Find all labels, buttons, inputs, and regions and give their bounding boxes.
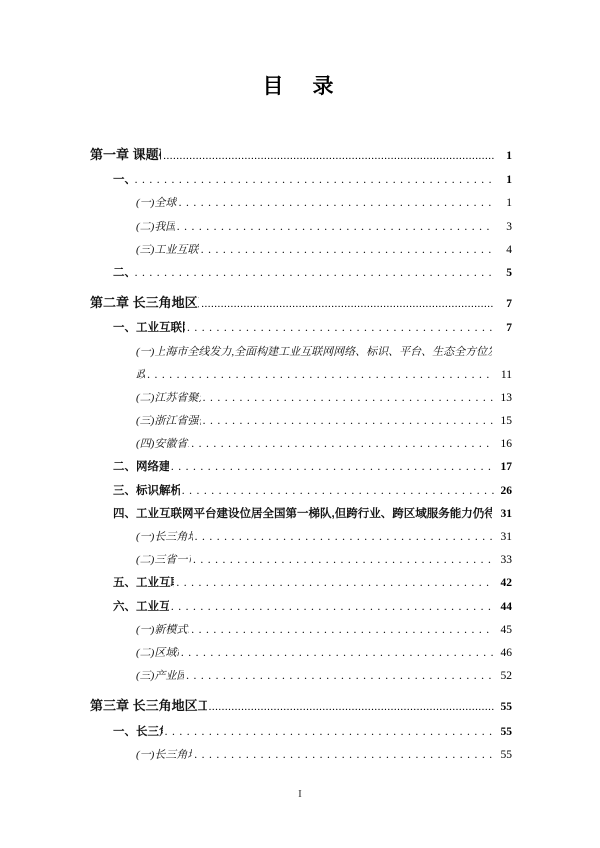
toc-entry-page: 45 <box>497 619 512 642</box>
toc-leader-dots <box>203 410 494 433</box>
toc-entry-page: 7 <box>497 293 512 316</box>
toc-leader-dots <box>191 433 494 456</box>
toc-entry-text: 政策体系 <box>136 364 145 387</box>
toc-leader-dots <box>163 143 494 168</box>
toc-entry-page: 7 <box>497 317 512 340</box>
toc-entry: 一、课题研究背景 1 <box>90 169 512 192</box>
toc-list: 第一章 课题研究背景及思路 1 一、课题研究背景 1 (一)全球工业互联网正处在… <box>90 143 512 767</box>
toc-entry: (四)安徽省工业互联网发展政策和举措相对少,有待进一步强化 16 <box>90 433 512 456</box>
toc-entry-page: 44 <box>497 596 512 619</box>
toc-entry: 一、长三角地区工业互联网一体化发展条件及需求 55 <box>90 721 512 744</box>
footer-page-number: I <box>0 788 600 800</box>
toc-entry: (二)我国已从战略高度布局工业互联网发展 3 <box>90 216 512 239</box>
toc-entry-text: (二)江苏省聚焦平台打造,以企业上云和试点示范推进工业互联网平台蓬勃发展 <box>136 387 201 410</box>
toc-entry-page: 55 <box>497 696 512 719</box>
toc-entry-text: (三)产业园区起步建设,产业化运行模式有待进一步完善 <box>136 665 184 688</box>
toc-entry-text: (三)浙江省强化数据引领,率先打造具有地方特色的“1+N”工业互联网平台体系 <box>136 410 201 433</box>
toc-leader-dots <box>135 169 494 192</box>
toc-entry-page: 16 <box>497 433 512 456</box>
toc-entry-text: (一)上海市全线发力,全面构建工业互联网网络、标识、平台、生态全方位发展 <box>136 341 492 364</box>
toc-entry-text: 第一章 课题研究背景及思路 <box>90 143 161 166</box>
toc-entry: 第一章 课题研究背景及思路 1 <box>90 143 512 166</box>
toc-leader-dots <box>191 619 494 642</box>
toc-entry-page: 33 <box>497 549 512 572</box>
toc-entry: 政策体系 11 <box>90 364 512 387</box>
toc-entry-text: (一)全球工业互联网正处在规模化扩张窗口期 <box>136 192 177 215</box>
toc-entry-page: 31 <box>497 526 512 549</box>
toc-leader-dots <box>193 549 494 572</box>
toc-entry: (三)工业互联网一体化是推动长三角地区产业升级和高质量发展的重要引擎 4 <box>90 239 512 262</box>
toc-leader-dots <box>203 387 494 410</box>
toc-entry: (一)全球工业互联网正处在规模化扩张窗口期 1 <box>90 192 512 215</box>
toc-entry-page: 4 <box>497 239 512 262</box>
toc-leader-dots <box>195 526 494 549</box>
toc-entry-text: (四)安徽省工业互联网发展政策和举措相对少,有待进一步强化 <box>136 433 189 456</box>
toc-entry-text: (二)区域制造业双创发展迅速,平台数量全国居首 <box>136 642 179 665</box>
toc-entry-text: 三、标识解析节点建设取得突破,基于标识解析体系的产业生态有待构建 <box>113 480 180 503</box>
toc-entry-text: 第二章 长三角地区三省一市工业互联网发展现状 <box>90 291 199 314</box>
toc-entry-page: 1 <box>497 192 512 215</box>
toc-entry-page: 11 <box>497 364 512 387</box>
toc-entry-page: 31 <box>497 503 512 526</box>
toc-leader-dots <box>181 642 494 665</box>
toc-leader-dots <box>201 291 494 316</box>
toc-entry-text: 一、课题研究背景 <box>113 169 133 192</box>
toc-entry: (一)长三角地区工业互联网平台建设如火如荼,数量和占比实现双高 31 <box>90 526 512 549</box>
toc-entry: (二)区域制造业双创发展迅速,平台数量全国居首 46 <box>90 642 512 665</box>
toc-leader-dots <box>194 744 494 767</box>
toc-entry: 第二章 长三角地区三省一市工业互联网发展现状 7 <box>90 291 512 314</box>
toc-leader-dots <box>182 480 494 503</box>
toc-entry-page: 46 <box>497 642 512 665</box>
toc-entry-text: (一)长三角地区具备工业互联网一体化发展的地缘优势和产业根基 <box>136 744 192 767</box>
toc-entry-page: 42 <box>497 572 512 595</box>
toc-entry-text: (一)长三角地区工业互联网平台建设如火如荼,数量和占比实现双高 <box>136 526 193 549</box>
toc-entry-page: 15 <box>497 410 512 433</box>
toc-leader-dots <box>177 216 494 239</box>
toc-entry-text: 一、工业互联网政策规划纷纷出台,三省一市工业互联网发展政策体系初步构建 <box>113 317 185 340</box>
toc-entry-text: (二)我国已从战略高度布局工业互联网发展 <box>136 216 175 239</box>
toc-entry-text: 四、工业互联网平台建设位居全国第一梯队,但跨行业、跨区域服务能力仍待提升 <box>113 503 492 526</box>
toc-entry-text: (三)工业互联网一体化是推动长三角地区产业升级和高质量发展的重要引擎 <box>136 239 199 262</box>
toc-entry: 五、工业互联网安全体系建设初具规模,全方位保障仍需完善构建 42 <box>90 572 512 595</box>
toc-entry-page: 52 <box>497 665 512 688</box>
toc-entry-page: 13 <box>497 387 512 410</box>
page-title: 目 录 <box>0 0 600 100</box>
toc-entry-text: (一)新模式新业态蓬勃兴起,区域工业互联网进入实践生根阶段 <box>136 619 189 642</box>
toc-entry-text: 一、长三角地区工业互联网一体化发展条件及需求 <box>113 721 163 744</box>
toc-leader-dots <box>165 721 494 744</box>
toc-leader-dots <box>209 694 494 719</box>
toc-leader-dots <box>186 665 494 688</box>
toc-entry-page: 5 <box>497 262 512 285</box>
toc-entry-page: 3 <box>497 216 512 239</box>
toc-leader-dots <box>171 596 494 619</box>
toc-entry: (二)江苏省聚焦平台打造,以企业上云和试点示范推进工业互联网平台蓬勃发展 13 <box>90 387 512 410</box>
toc-entry: 六、工业互联网应用生态初步构建,新模式新业态蓬勃涌现 44 <box>90 596 512 619</box>
toc-entry: (一)上海市全线发力,全面构建工业互联网网络、标识、平台、生态全方位发展 <box>90 341 512 364</box>
toc-entry: 一、工业互联网政策规划纷纷出台,三省一市工业互联网发展政策体系初步构建 7 <box>90 317 512 340</box>
toc-entry-page: 55 <box>497 721 512 744</box>
toc-leader-dots <box>176 572 494 595</box>
toc-entry: (三)浙江省强化数据引领,率先打造具有地方特色的“1+N”工业互联网平台体系 1… <box>90 410 512 433</box>
toc-entry: (一)新模式新业态蓬勃兴起,区域工业互联网进入实践生根阶段 45 <box>90 619 512 642</box>
toc-entry-text: 二、网络建设水平全国领先,工业互联网创新发展根基稳固 <box>113 456 169 479</box>
toc-entry-text: 六、工业互联网应用生态初步构建,新模式新业态蓬勃涌现 <box>113 596 169 619</box>
toc-entry-text: 二、课题研究思路 <box>113 262 133 285</box>
toc-entry-text: 五、工业互联网安全体系建设初具规模,全方位保障仍需完善构建 <box>113 572 174 595</box>
toc-leader-dots <box>135 262 494 285</box>
toc-leader-dots <box>187 317 494 340</box>
toc-leader-dots <box>147 364 494 387</box>
toc-entry-page: 1 <box>497 145 512 168</box>
toc-entry-text: 第三章 长三角地区工业互联网一体化发展现状及制约 <box>90 694 207 717</box>
toc-leader-dots <box>171 456 494 479</box>
toc-entry-text: (二)三省一市工业互联网平台发展各具特色,数量和水平参差不齐 <box>136 549 191 572</box>
toc-entry-page: 17 <box>497 456 512 479</box>
toc-entry: 三、标识解析节点建设取得突破,基于标识解析体系的产业生态有待构建 26 <box>90 480 512 503</box>
toc-entry: (三)产业园区起步建设,产业化运行模式有待进一步完善 52 <box>90 665 512 688</box>
toc-entry: (二)三省一市工业互联网平台发展各具特色,数量和水平参差不齐 33 <box>90 549 512 572</box>
toc-entry: 第三章 长三角地区工业互联网一体化发展现状及制约 55 <box>90 694 512 717</box>
toc-entry: 二、网络建设水平全国领先,工业互联网创新发展根基稳固 17 <box>90 456 512 479</box>
toc-leader-dots <box>201 239 494 262</box>
toc-entry-page: 55 <box>497 744 512 767</box>
toc-leader-dots <box>179 192 494 215</box>
toc-entry: 二、课题研究思路 5 <box>90 262 512 285</box>
toc-entry-page: 1 <box>497 169 512 192</box>
toc-entry-page: 26 <box>497 480 512 503</box>
toc-entry: 四、工业互联网平台建设位居全国第一梯队,但跨行业、跨区域服务能力仍待提升 31 <box>90 503 512 526</box>
toc-entry: (一)长三角地区具备工业互联网一体化发展的地缘优势和产业根基 55 <box>90 744 512 767</box>
